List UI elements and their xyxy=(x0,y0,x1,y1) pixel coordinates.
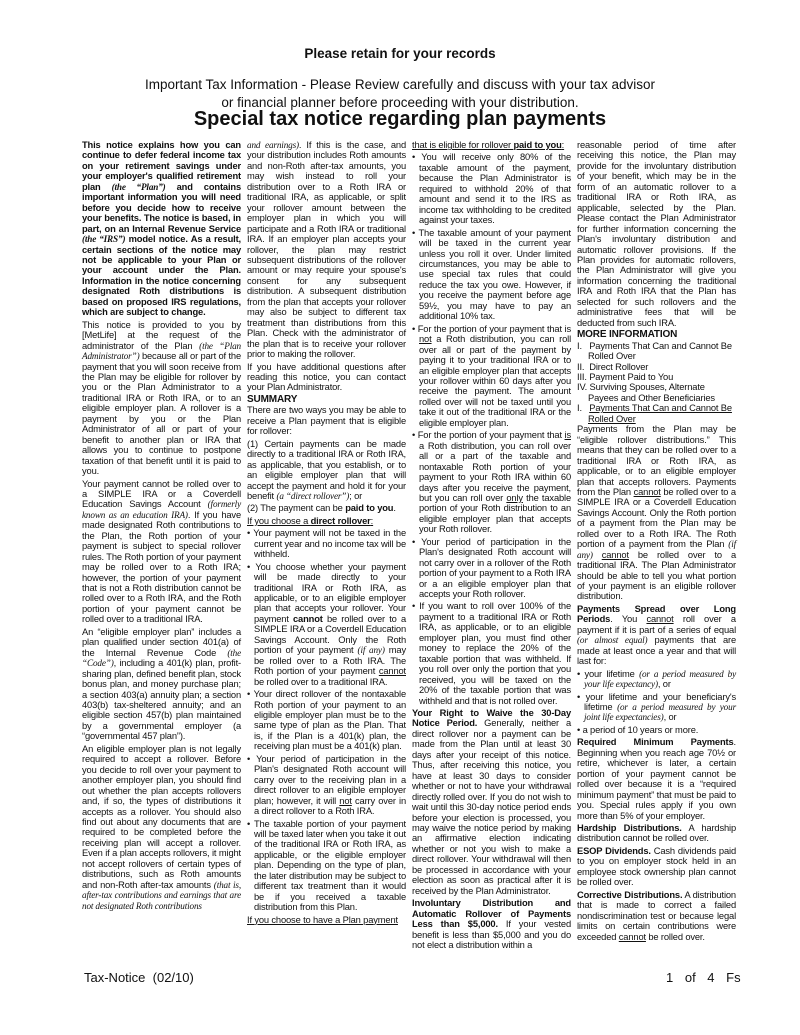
important-tax-info: Important Tax Information - Please Revie… xyxy=(140,76,660,112)
text-run: Required Minimum Payments xyxy=(577,737,734,747)
paragraph: Hardship Distributions. A hardship distr… xyxy=(577,823,736,844)
text-run: • Your payment will not be taxed in the … xyxy=(247,528,406,559)
bullet-item: • Your period of participation in the Pl… xyxy=(247,754,406,817)
text-run xyxy=(593,550,602,560)
column-1: This notice explains how you can continu… xyxy=(82,140,241,955)
bullet-item: • If you want to roll over 100% of the p… xyxy=(412,601,571,706)
page-code: Fs xyxy=(726,970,740,985)
paragraph: I. Payments That Can and Cannot Be Rolle… xyxy=(577,341,736,362)
paragraph: ESOP Dividends. Cash dividends paid to y… xyxy=(577,846,736,888)
text-run: An eligible employer plan is not legally… xyxy=(82,744,241,890)
text-run: • The taxable portion of your payment wi… xyxy=(247,819,406,913)
text-run: be rolled over to a traditional IRA. xyxy=(254,677,387,687)
text-run: (a “direct rollover”) xyxy=(276,491,349,501)
paragraph: I. Payments That Can and Cannot Be Rolle… xyxy=(577,403,736,424)
text-run: • If you want to roll over 100% of the p… xyxy=(412,601,571,705)
text-run: (or almost equal) xyxy=(577,635,647,645)
text-run: • You will receive only 80% of the taxab… xyxy=(412,152,571,225)
paragraph: Required Minimum Payments. Beginning whe… xyxy=(577,737,736,821)
bullet-item: • The taxable portion of your payment wi… xyxy=(247,819,406,913)
text-run: Payments That Can and Cannot Be Rolled O… xyxy=(588,403,732,423)
text-run: • Your period of participation in the Pl… xyxy=(412,537,571,599)
bullet-item: • You will receive only 80% of the taxab… xyxy=(412,152,571,225)
text-run: Hardship Distributions. xyxy=(577,823,682,833)
bullet-item: • You choose whether your payment will b… xyxy=(247,562,406,687)
text-run: There are two ways you may be able to re… xyxy=(247,405,406,436)
text-run: • For the portion of your payment that xyxy=(412,430,565,440)
text-run: Generally, neither a direct rollover nor… xyxy=(412,718,571,895)
paragraph: Corrective Distributions. A distribution… xyxy=(577,890,736,942)
text-run: . If you have made designated Roth contr… xyxy=(82,510,241,625)
paragraph: Payments from the Plan may be “eligible … xyxy=(577,424,736,602)
page-indicator: 1 of 4 Fs xyxy=(666,970,741,985)
paragraph: This notice explains how you can continu… xyxy=(82,140,241,318)
text-run: (the “Plan”) xyxy=(112,182,166,192)
bullet-item: • Your payment will not be taxed in the … xyxy=(247,528,406,559)
bullet-item: • your lifetime and your beneficiary's l… xyxy=(577,692,736,723)
text-run: because all or part of the payment that … xyxy=(82,351,241,476)
bullet-item: • For the portion of your payment that i… xyxy=(412,324,571,429)
text-run: II. Direct Rollover xyxy=(577,362,648,372)
bullet-item: • your lifetime (or a period measured by… xyxy=(577,669,736,690)
text-run: • For the portion of your payment that i… xyxy=(412,324,571,334)
text-run: • The taxable amount of your payment wil… xyxy=(412,228,571,322)
text-run: cannot xyxy=(634,487,661,497)
text-run: • Your direct rollover of the nontaxable… xyxy=(247,689,406,751)
page-number: 1 of 4 xyxy=(666,970,715,985)
notice-body: This notice explains how you can continu… xyxy=(82,140,738,955)
text-run: If you choose a xyxy=(247,516,311,526)
paragraph: (2) The payment can be paid to you. xyxy=(247,503,406,513)
text-run: III. Payment Paid to You xyxy=(577,372,673,382)
paragraph: An eligible employer plan is not legally… xyxy=(82,744,241,911)
bullet-item: • Your period of participation in the Pl… xyxy=(412,537,571,600)
text-run: , or xyxy=(664,712,677,722)
paragraph: and earnings). If this is the case, and … xyxy=(247,140,406,360)
text-run: , including a 401(k) plan, profit-sharin… xyxy=(82,658,241,741)
page-title: Special tax notice regarding plan paymen… xyxy=(0,108,800,131)
text-run: An “eligible employer plan” includes a p… xyxy=(82,627,241,658)
text-run: . You xyxy=(610,614,646,624)
paragraph: If you have additional questions after r… xyxy=(247,362,406,393)
text-run: SUMMARY xyxy=(247,394,297,405)
text-run: I. Payments That Can and Cannot Be Rolle… xyxy=(577,341,732,361)
text-run: is xyxy=(565,430,571,440)
text-run: not xyxy=(339,796,352,806)
text-run: MORE INFORMATION xyxy=(577,329,677,340)
paragraph: Involuntary Distribution and Automatic R… xyxy=(412,898,571,950)
paragraph: This notice is provided to you by [MetLi… xyxy=(82,320,241,477)
paragraph: (1) Certain payments can be made directl… xyxy=(247,439,406,502)
text-run: paid to you xyxy=(345,503,393,513)
text-run: : xyxy=(562,140,564,150)
paragraph: II. Direct Rollover xyxy=(577,362,736,372)
paragraph: Payments Spread over Long Periods. You c… xyxy=(577,604,736,667)
column-4: reasonable period of time after receivin… xyxy=(577,140,736,955)
text-run: If you have additional questions after r… xyxy=(247,362,406,393)
text-run: (the “IRS”) xyxy=(82,234,125,244)
bullet-item: • The taxable amount of your payment wil… xyxy=(412,228,571,322)
text-run: direct rollover xyxy=(311,516,371,526)
text-run: cannot xyxy=(602,550,629,560)
text-run: cannot xyxy=(619,932,646,942)
text-run: (2) The payment can be xyxy=(247,503,345,513)
text-run: ESOP Dividends. xyxy=(577,846,651,856)
paragraph: An “eligible employer plan” includes a p… xyxy=(82,627,241,742)
text-run: (if any) xyxy=(358,645,385,655)
bullet-item: • Your direct rollover of the nontaxable… xyxy=(247,689,406,752)
paragraph: Your payment cannot be rolled over to a … xyxy=(82,479,241,625)
text-run: cannot xyxy=(379,666,406,676)
text-run: , or xyxy=(658,679,671,689)
text-run: • your lifetime xyxy=(577,669,639,679)
text-run: : xyxy=(371,516,373,526)
paragraph: If you choose to have a Plan payment xyxy=(247,915,406,925)
form-id: Tax-Notice (02/10) xyxy=(84,970,194,985)
paragraph: that is eligible for rollover paid to yo… xyxy=(412,140,571,150)
text-run: ; or xyxy=(349,491,362,501)
text-run: . Beginning when you reach age 70½ or re… xyxy=(577,737,736,820)
text-run: only xyxy=(506,493,523,503)
paragraph: reasonable period of time after receivin… xyxy=(577,140,736,328)
text-run: model notice. As a result, certain secti… xyxy=(82,234,241,317)
text-run: a Roth distribution, you can roll over a… xyxy=(419,334,571,428)
text-run: IV. Surviving Spouses, Alternate Payees … xyxy=(577,382,715,402)
text-run: and earnings) xyxy=(247,140,299,150)
paragraph: III. Payment Paid to You xyxy=(577,372,736,382)
text-run: cannot xyxy=(293,614,323,624)
text-run: paid to you xyxy=(513,140,561,150)
bullet-item: • a period of 10 years or more. xyxy=(577,725,736,735)
section-heading: SUMMARY xyxy=(247,395,406,405)
column-3: that is eligible for rollover paid to yo… xyxy=(412,140,571,955)
text-run: not xyxy=(419,334,432,344)
paragraph: Your Right to Waive the 30-Day Notice Pe… xyxy=(412,708,571,896)
paragraph: IV. Surviving Spouses, Alternate Payees … xyxy=(577,382,736,403)
text-run: . xyxy=(393,503,395,513)
paragraph: There are two ways you may be able to re… xyxy=(247,405,406,436)
text-run: I. xyxy=(577,403,589,413)
bullet-item: • For the portion of your payment that i… xyxy=(412,430,571,535)
text-run: If you choose to have a Plan payment xyxy=(247,915,398,925)
retain-notice: Please retain for your records xyxy=(0,46,800,61)
text-run: . If this is the case, and your distribu… xyxy=(247,140,406,359)
text-run: cannot xyxy=(646,614,673,624)
paragraph: If you choose a direct rollover: xyxy=(247,516,406,526)
section-heading: MORE INFORMATION xyxy=(577,330,736,340)
column-2: and earnings). If this is the case, and … xyxy=(247,140,406,955)
text-run: reasonable period of time after receivin… xyxy=(577,140,736,328)
text-run: Corrective Distributions. xyxy=(577,890,682,900)
text-run: • a period of 10 years or more. xyxy=(577,725,698,735)
text-run: be rolled over. xyxy=(646,932,705,942)
text-run: that is eligible for rollover xyxy=(412,140,513,150)
